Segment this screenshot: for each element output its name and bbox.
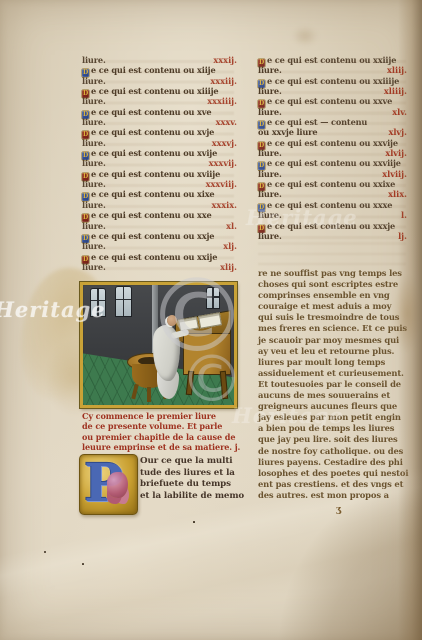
catalog-entry-text: liure. <box>258 189 282 199</box>
catalog-entry-text: liure. <box>258 107 282 117</box>
folio-number: xlviij. <box>382 169 407 179</box>
folio-number: xxxiij. <box>210 76 237 86</box>
catalog-entry-text: e ce qui est contenu ou xxije <box>91 252 217 262</box>
folio-number: xxxv. <box>216 117 237 127</box>
catalog-line: De ce qui est contenu ou xxje <box>82 231 238 241</box>
catalog-entry-text: e ce qui est contenu ou xvje <box>91 127 214 137</box>
catalog-line: ou xxvje liurexlvj. <box>258 127 408 137</box>
prose-text-line: que jay peu lire. soit des liures <box>258 434 410 445</box>
catalog-entry-text: e ce qui est contenu ou xxvije <box>267 138 398 148</box>
rubric-line: leuure emprinse et de sa matiere. j. <box>82 442 242 452</box>
parchment-stain <box>292 26 318 46</box>
catalog-line: De ce qui est contenu ou xvije <box>82 148 238 158</box>
prose-text-line: aucuns de mes souuerains et <box>258 390 410 401</box>
folio-number: xlvj. <box>388 127 407 137</box>
catalog-entry-text: ou xxvje liure <box>258 127 317 137</box>
prose-text-line: liures par moult long temps <box>258 357 410 368</box>
prose-text-line: choses qui sont escriptes estre <box>258 279 410 290</box>
catalog-line: De ce qui est contenu ou xxviije <box>258 158 408 168</box>
chapter-opening-text: Our ce que la multitude des liures et la… <box>140 456 240 502</box>
folio-number: xl. <box>226 221 237 231</box>
catalog-entry-text: e ce qui est contenu ou xxve <box>267 96 392 106</box>
folio-number: xlvij. <box>385 148 407 158</box>
catalog-line: liure.xxxv. <box>82 117 238 127</box>
prose-text-line: losophes et des poetes qui nestoi <box>258 468 410 479</box>
catalog-line: liure.xxxix. <box>82 200 238 210</box>
ink-speck <box>193 521 195 523</box>
folio-number: xxxvj. <box>212 138 237 148</box>
catalog-line: De ce qui est contenu ou xxiije <box>258 55 408 65</box>
catalog-line: De ce qui est contenu ou xxvije <box>258 138 408 148</box>
catalog-line: De ce qui est contenu ou xxxe <box>258 200 408 210</box>
line-filler-mark: ʒ <box>336 505 341 515</box>
scribe-head <box>167 315 177 326</box>
catalog-line: liure.xxxij. <box>82 55 238 65</box>
catalog-line: De ce qui est contenu ou xiiije <box>82 86 238 96</box>
miniature-scribe-at-desk <box>80 282 237 408</box>
chapter-text-line: et la labilite de memo <box>140 491 240 503</box>
rubric-line: de ce presente volume. Et parle <box>82 421 242 431</box>
catalog-entry-text: e ce qui est contenu ou xvije <box>91 148 217 158</box>
catalog-entry-text: e ce qui est contenu ou xxixe <box>267 179 395 189</box>
catalog-line: liure.xxxvj. <box>82 138 238 148</box>
folio-number: xlix. <box>388 189 407 199</box>
catalog-line: De ce qui est contenu ou xvje <box>82 127 238 137</box>
folio-number: xxxviij. <box>206 179 237 189</box>
catalog-entry-text: e ce qui est contenu ou xxviije <box>267 158 401 168</box>
chapter-text-line: tude des liures et la <box>140 468 240 480</box>
catalog-line: De ce qui est contenu ou xxve <box>258 96 408 106</box>
right-prose-column: re ne souffist pas vng temps leschoses q… <box>258 268 410 501</box>
catalog-entry-text: liure. <box>82 76 106 86</box>
folio-number: lj. <box>398 231 407 241</box>
prose-text-line: couraige et mest aduis a moy <box>258 301 410 312</box>
ink-speck <box>44 551 46 553</box>
catalog-entry-text: e ce qui est contenu ou xxiije <box>267 55 396 65</box>
prose-text-line: liures payens. Cestadire des phi <box>258 457 410 468</box>
catalog-line: liure.xxxiij. <box>82 76 238 86</box>
catalog-line: liure.xlix. <box>258 189 408 199</box>
catalog-entry-text: liure. <box>82 200 106 210</box>
catalog-entry-text: e ce qui est contenu ou xxxje <box>267 221 395 231</box>
left-catalog-column: liure.xxxij.De ce qui est contenu ou xii… <box>82 55 238 272</box>
prose-text-line: greigneurs aucunes fleurs que <box>258 401 410 412</box>
catalog-line: De ce qui est contenu ou xixe <box>82 189 238 199</box>
folio-number: xxxij. <box>213 55 237 65</box>
catalog-line: liure.xlij. <box>82 262 238 272</box>
window <box>206 287 220 309</box>
catalog-line: De ce qui est contenu ou xxiiije <box>258 76 408 86</box>
catalog-line: De ce qui est contenu ou xxije <box>82 252 238 262</box>
catalog-entry-text: liure. <box>82 158 106 168</box>
prose-text-line: a bien pou de temps les liures <box>258 423 410 434</box>
catalog-line: liure.xliij. <box>258 65 408 75</box>
catalog-line: liure.xlj. <box>82 241 238 251</box>
catalog-entry-text: liure. <box>82 117 106 127</box>
folio-number: l. <box>401 210 407 220</box>
prose-text-line: Et toutesuoies par le conseil de <box>258 379 410 390</box>
folio-number: xliiij. <box>384 86 407 96</box>
prose-text-line: comprinses ensemble en vng <box>258 290 410 301</box>
catalog-line: De ce qui est contenu ou xviije <box>82 169 238 179</box>
catalog-line: De ce qui est — contenu <box>258 117 408 127</box>
folio-number: xlj. <box>223 241 237 251</box>
desk-leg <box>220 371 228 399</box>
catalog-entry-text: e ce qui est contenu ou xxje <box>91 231 214 241</box>
window <box>115 286 132 317</box>
chapter-text-line: briefuete du temps <box>140 479 240 491</box>
catalog-entry-text: e ce qui est contenu ou xxe <box>91 210 212 220</box>
rubric-line: ou premier chapitle de la cause de <box>82 432 242 442</box>
catalog-line: liure.xliiij. <box>258 86 408 96</box>
catalog-entry-text: liure. <box>258 86 282 96</box>
catalog-line: liure.xlvij. <box>258 148 408 158</box>
catalog-line: De ce qui est contenu ou xxe <box>82 210 238 220</box>
catalog-entry-text: e ce qui est contenu ou xviije <box>91 169 220 179</box>
prose-text-line: qui suis le tresmoindre de tous <box>258 312 410 323</box>
prose-text-line: mes freres en science. Et ce puis <box>258 323 410 334</box>
chapter-text-line: Our ce que la multi <box>140 456 240 468</box>
catalog-line: liure.xxxiiij. <box>82 96 238 106</box>
manuscript-photo: { "watermarks": { "heritage_text": "Heri… <box>0 0 422 640</box>
prose-text-line: ay veu et leu et retourne plus. <box>258 346 410 357</box>
catalog-entry-text: liure. <box>82 262 106 272</box>
catalog-entry-text: liure. <box>82 241 106 251</box>
folio-number: xliij. <box>387 65 407 75</box>
catalog-entry-text: e ce qui est — contenu <box>267 117 367 127</box>
catalog-entry-text: liure. <box>82 96 106 106</box>
drop-cap-flower-ornament <box>107 472 128 498</box>
catalog-line: De ce qui est contenu ou xxixe <box>258 179 408 189</box>
catalog-line: liure.xxxviij. <box>82 179 238 189</box>
catalog-line: De ce qui est contenu ou xve <box>82 107 238 117</box>
catalog-entry-text: liure. <box>258 210 282 220</box>
catalog-entry-text: liure. <box>82 221 106 231</box>
catalog-entry-text: liure. <box>258 231 282 241</box>
ink-speck <box>82 563 84 565</box>
prose-text-line: assiduelement et curieusement. <box>258 368 410 379</box>
catalog-line: liure.lj. <box>258 231 408 241</box>
prose-text-line: je scauoir par moy mesmes qui <box>258 335 410 346</box>
catalog-entry-text: e ce qui est contenu ou xiije <box>91 65 216 75</box>
catalog-line: De ce qui est contenu ou xxxje <box>258 221 408 231</box>
window <box>90 288 106 317</box>
rubric-incipit: Cy commence le premier liurede ce presen… <box>82 411 242 453</box>
catalog-entry-text: e ce qui est contenu ou xxiiije <box>267 76 399 86</box>
prose-text-line: jay esleues par mon petit engin <box>258 412 410 423</box>
catalog-line: De ce qui est contenu ou xiije <box>82 65 238 75</box>
catalog-line: liure.xlviij. <box>258 169 408 179</box>
folio-number: xxxix. <box>212 200 238 210</box>
folio-number: xlij. <box>220 262 237 272</box>
folio-number: xxxvij. <box>209 158 237 168</box>
catalog-entry-text: liure. <box>82 138 106 148</box>
folio-number: xxxiiij. <box>207 96 237 106</box>
catalog-entry-text: e ce qui est contenu ou xxxe <box>267 200 392 210</box>
prose-text-line: re ne souffist pas vng temps les <box>258 268 410 279</box>
rubric-line: Cy commence le premier liure <box>82 411 242 421</box>
catalog-entry-text: liure. <box>258 65 282 75</box>
catalog-entry-text: liure. <box>82 179 106 189</box>
catalog-line: liure.xl. <box>82 221 238 231</box>
catalog-entry-text: e ce qui est contenu ou xiiije <box>91 86 219 96</box>
catalog-line: liure.xxxvij. <box>82 158 238 168</box>
table-leg <box>147 387 151 402</box>
prose-text-line: de nostre foy catholique. ou des <box>258 446 410 457</box>
prose-text-line: ent pas crestiens. et des vngs et <box>258 479 410 490</box>
catalog-entry-text: e ce qui est contenu ou xve <box>91 107 211 117</box>
prose-text-line: des autres. est mon propos a <box>258 490 410 501</box>
illuminated-drop-cap: P <box>79 454 138 515</box>
folio-number: xlv. <box>392 107 407 117</box>
ink-bleedthrough <box>258 242 406 268</box>
catalog-entry-text: liure. <box>258 148 282 158</box>
catalog-line: liure.xlv. <box>258 107 408 117</box>
catalog-entry-text: e ce qui est contenu ou xixe <box>91 189 215 199</box>
right-catalog-column: De ce qui est contenu ou xxiijeliure.xli… <box>258 55 408 241</box>
writing-desk <box>183 333 231 375</box>
catalog-line: liure.l. <box>258 210 408 220</box>
catalog-entry-text: liure. <box>258 169 282 179</box>
catalog-entry-text: liure. <box>82 55 106 65</box>
